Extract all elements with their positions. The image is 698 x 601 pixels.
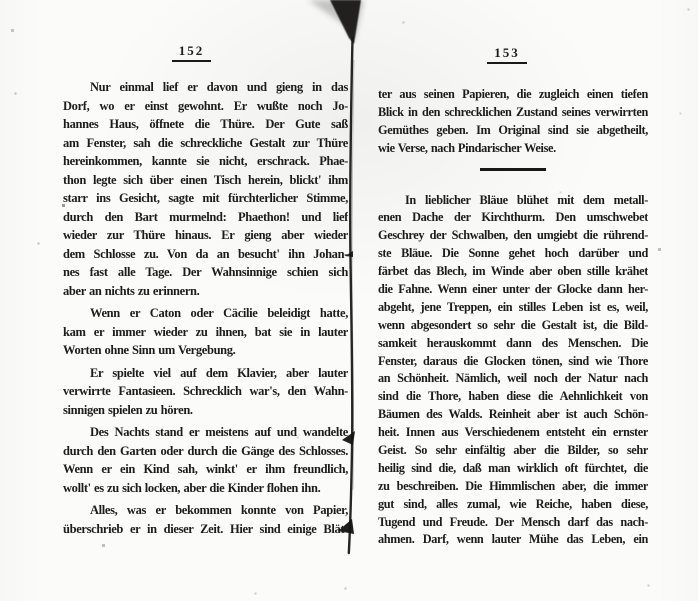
text-line: Wenn er ein Kind sah, winkt' er ihm freu… [63,460,348,479]
text-line: sind die Thore, haben diese die Aehnlich… [378,388,648,406]
text-line: Tugend und Freude. Der Mensch darf das n… [378,514,648,532]
text-line: wieder zur Thüre hinaus. Er gieng aber w… [63,226,348,245]
text-line: Worten ohne Sinn um Vergebung. [63,341,348,360]
text-line: dem Schlosse zu. Von da an besucht' ihn … [63,245,348,264]
text-line: sinnigen spielen zu hören. [63,401,348,420]
text-line: heilig sind die, daß man wirklich oft fü… [378,460,648,478]
left-page-header: 152 [49,42,334,62]
text-line: Des Nachts stand er meistens auf und wan… [63,423,348,442]
text-line: In lieblicher Bläue blühet mit dem metal… [378,192,648,210]
right-page: 153 ter aus seinen Papieren, die zugleic… [378,0,648,601]
text-line: Fenster, daraus die Glocken tönen, sind … [378,353,648,371]
text-line: Blick in den schrecklichen Zustand seine… [378,104,648,122]
text-line: enen Dache der Kirchthurm. Den umschwebe… [378,209,648,227]
paragraph: Er spielte viel auf dem Klavier, aber la… [63,364,348,420]
text-line: abgeht, jene Treppen, ein stilles Leben … [378,299,648,317]
text-line: wollt' es zu sich locken, aber die Kinde… [63,479,348,498]
section-divider-rule [480,168,546,171]
text-line: aber an nichts zu erinnern. [63,282,348,301]
text-line: Geist. So sehr einfältig aber die Bilder… [378,442,648,460]
paragraph: Nur einmal lief er davon und gieng in da… [63,78,348,300]
text-line: wenn abgesondert so sehr die Gestalt ist… [378,317,648,335]
text-line: nes fast alle Tage. Der Wahnsinnige schi… [63,263,348,282]
paragraph: In lieblicher Bläue blühet mit dem metal… [378,192,648,550]
text-line: überschrieb er in dieser Zeit. Hier sind… [63,520,348,539]
text-line: Gemüthes geben. Im Original sind sie abg… [378,122,648,140]
text-line: kam er immer wieder zu ihnen, bat sie in… [63,323,348,342]
text-line: verwirrte Fantasieen. Schrecklich war's,… [63,382,348,401]
text-line: ste Bläue. Die Sonne gehet hoch darüber … [378,245,648,263]
text-line: starr ins Gesicht, sagte mit fürchterlic… [63,189,348,208]
right-page-header: 153 [372,44,642,64]
text-line: Wenn er Caton oder Cäcilie beleidigt hat… [63,304,348,323]
text-line: thon legte sich über einen Tisch herein,… [63,171,348,190]
text-line: Er spielte viel auf dem Klavier, aber la… [63,364,348,383]
text-line: gut sind, alles zumal, wie Reiche, haben… [378,496,648,514]
left-page: 152 Nur einmal lief er davon und gieng i… [63,0,348,601]
page-number-left: 152 [172,43,212,62]
text-line: zu beschreiben. Die Himmlischen aber, di… [378,478,648,496]
text-line: Geschrey der Schwalben, den umgiebt die … [378,227,648,245]
right-text-column: ter aus seinen Papieren, die zugleich ei… [378,86,648,553]
paragraph: Wenn er Caton oder Cäcilie beleidigt hat… [63,304,348,360]
text-line: ter aus seinen Papieren, die zugleich ei… [378,86,648,104]
text-line: samkeit herauskommt dann des Menschen. D… [378,335,648,353]
text-line: wie Verse, nach Pindarischer Weise. [378,140,648,158]
text-line: Dorf, wo er einst gewohnt. Er wußte noch… [63,97,348,116]
text-line: Bäumen des Walds. Reinheit aber ist auch… [378,406,648,424]
page-number-right: 153 [487,45,527,64]
paragraph: ter aus seinen Papieren, die zugleich ei… [378,86,648,158]
paragraph: Alles, was er bekommen konnte von Papier… [63,501,348,538]
text-line: färbet das Blech, im Winde aber oben sti… [378,263,648,281]
text-line: am Fenster, sah die schreckliche Gestalt… [63,134,348,153]
book-spread: 152 Nur einmal lief er davon und gieng i… [0,0,698,601]
left-text-column: Nur einmal lief er davon und gieng in da… [63,78,348,542]
paragraph: Des Nachts stand er meistens auf und wan… [63,423,348,497]
text-line: durch den Bart murmelnd: Phaethon! und l… [63,208,348,227]
text-line: Alles, was er bekommen konnte von Papier… [63,501,348,520]
text-line: durch den Garten oder durch die Gänge de… [63,442,348,461]
text-line: heit. Innen aus Verschiedenem entsteht e… [378,424,648,442]
text-line: Nur einmal lief er davon und gieng in da… [63,78,348,97]
text-line: hannes Haus, öffnete die Thüre. Der Gute… [63,115,348,134]
text-line: ahmen. Darf, wenn lauter Mühe das Leben,… [378,531,648,549]
paper-specks [0,0,1,1]
text-line: hereinkommen, kannte sie nicht, erschrac… [63,152,348,171]
text-line: die Fahne. Wenn einer unter der Glocke d… [378,281,648,299]
text-line: an Schönheit. Nämlich, weil noch der Nat… [378,370,648,388]
